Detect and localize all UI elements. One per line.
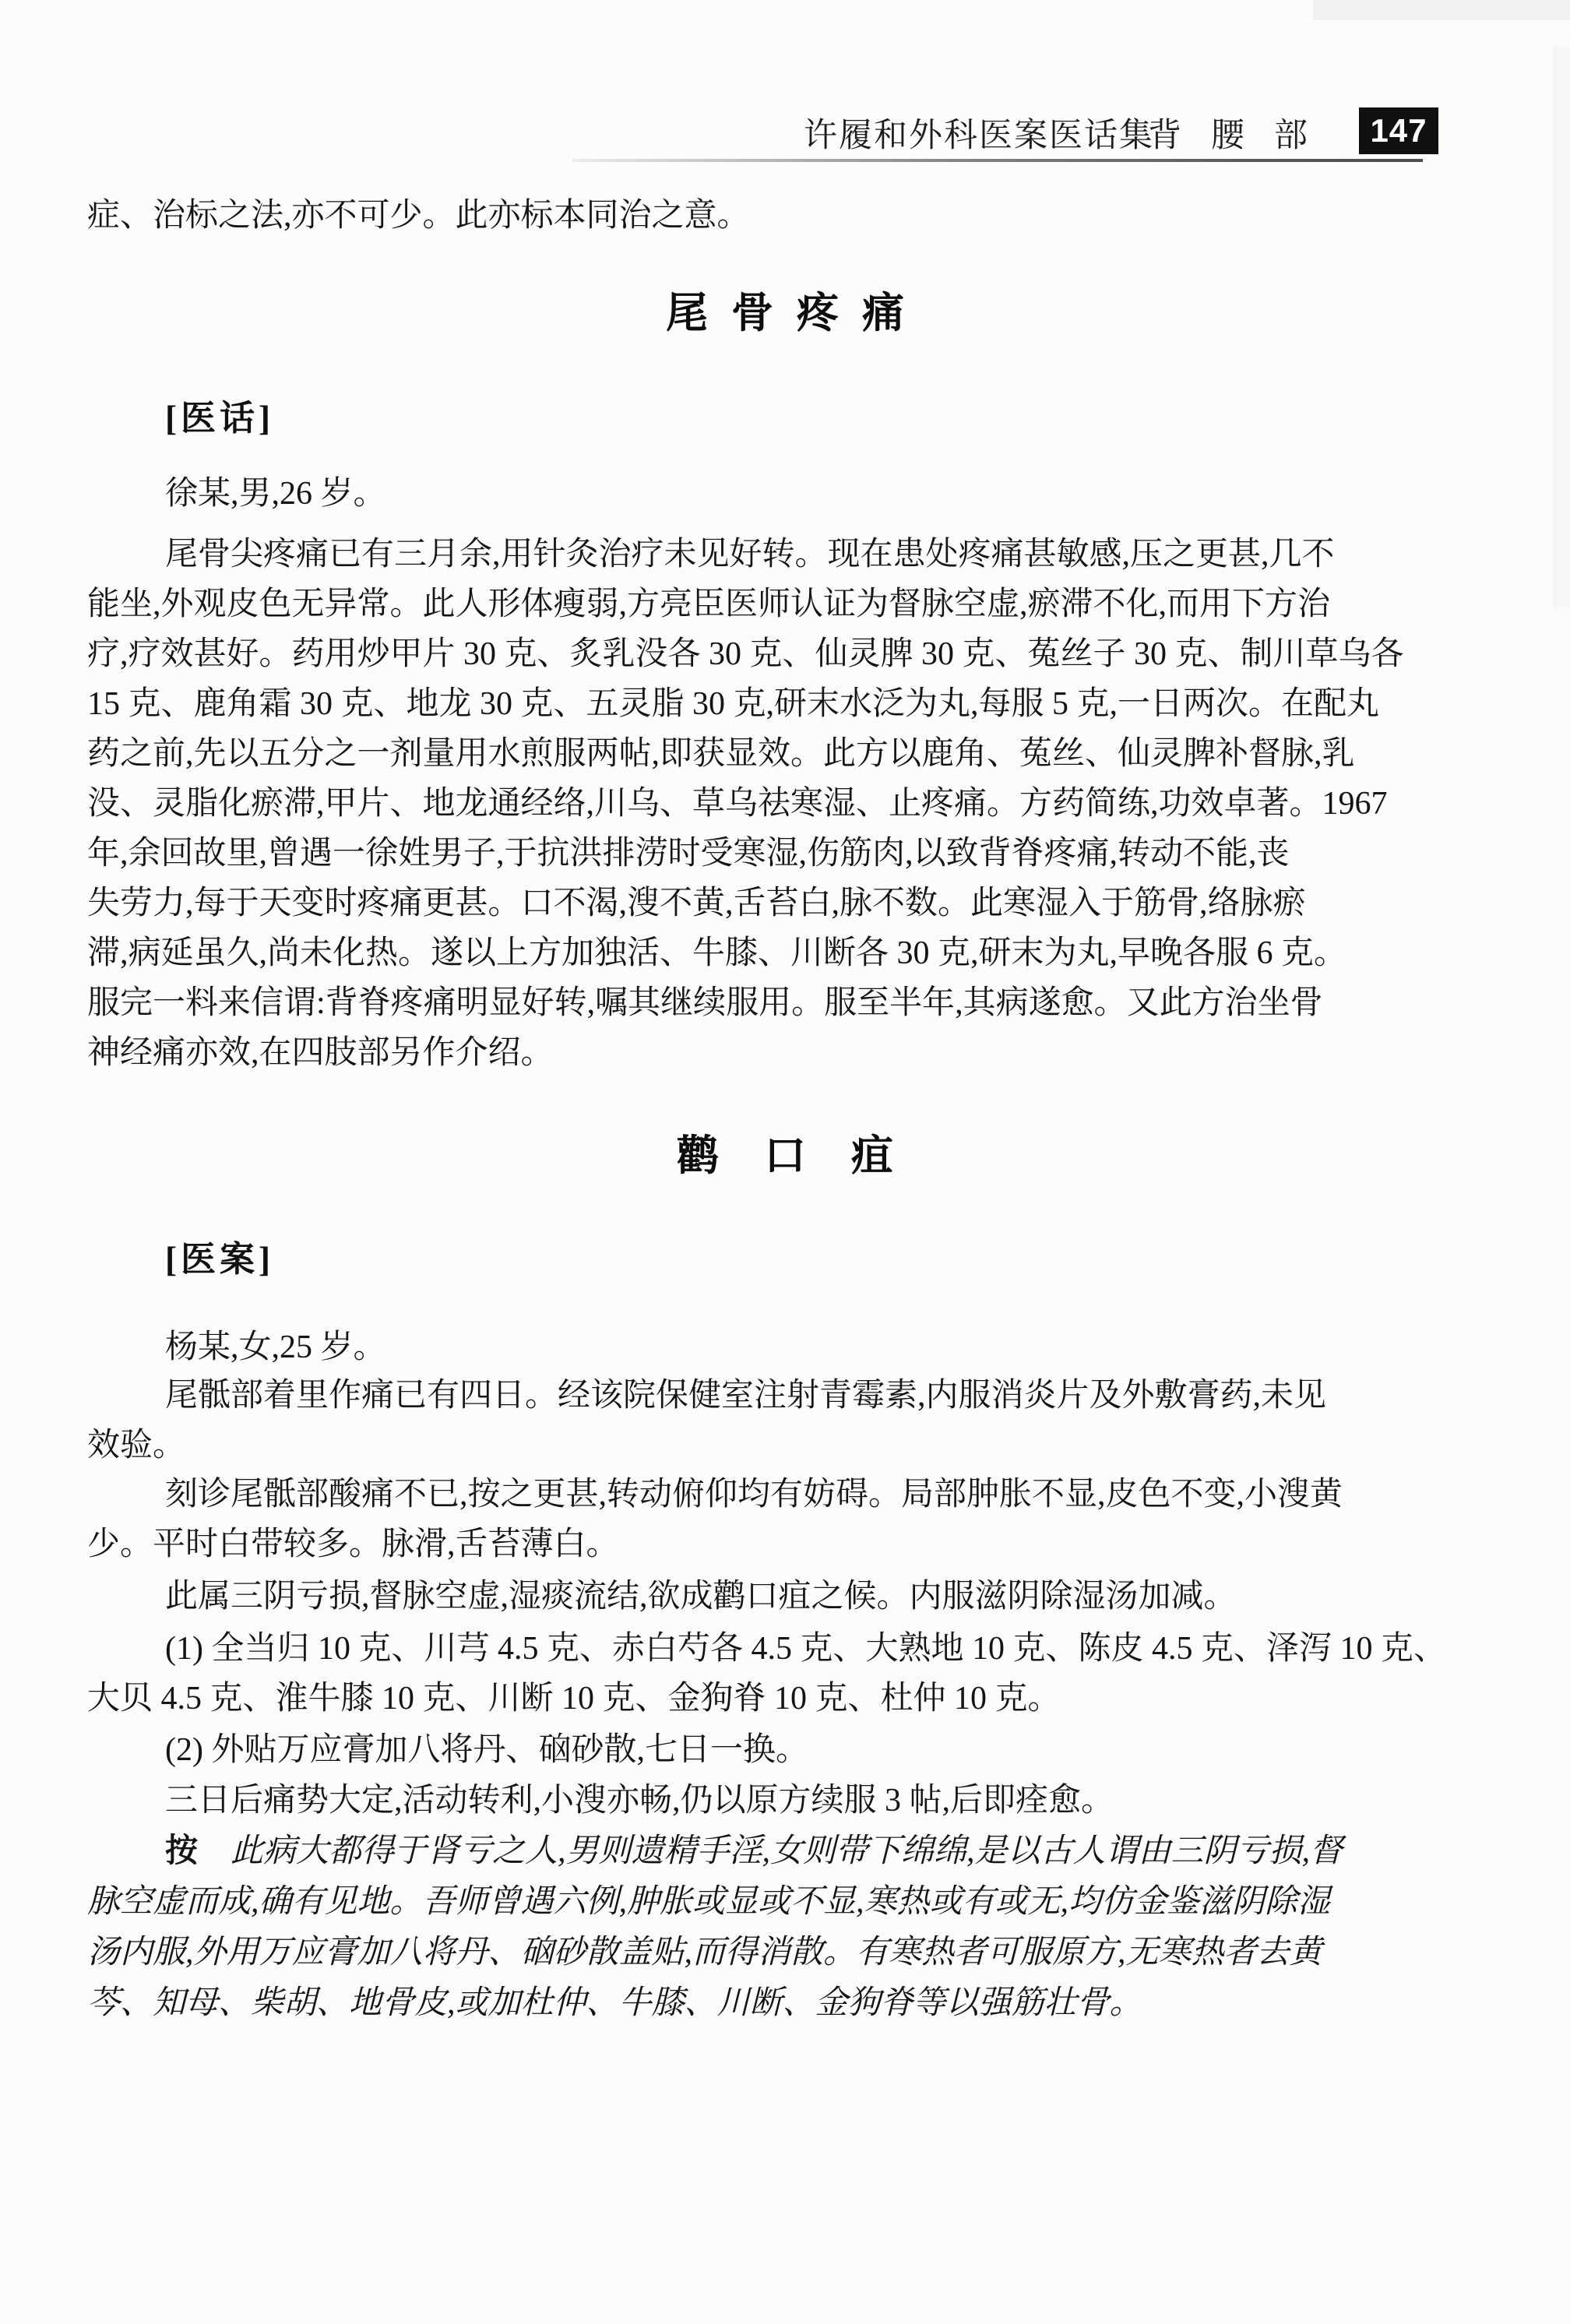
section-label-region: 部 — [1274, 117, 1308, 155]
case-type-label-yihua: [医话] — [87, 393, 274, 443]
section-label-waist: 腰 — [1211, 117, 1244, 155]
section-title-guankouju: 鹳口疽 — [0, 1131, 1570, 1181]
section-title-coccyx-pain: 尾骨疼痛 — [0, 288, 1570, 338]
diagnosis-paragraph: 此属三阴亏损,督脉空虚,湿痰流结,欲成鹳口疽之候。内服滋阴除湿汤加减。 — [87, 1572, 1237, 1622]
followup-line: 三日后痛势大定,活动转利,小溲亦畅,仍以原方续服 3 帖,后即痊愈。 — [87, 1776, 1114, 1826]
header-rule — [572, 159, 1423, 162]
commentary-paragraph: 按 此病大都得于肾亏之人,男则遗精手淫,女则带下绵绵,是以古人谓由三阴亏损,督 … — [87, 1826, 1343, 2029]
intro-line: 症、治标之法,亦不可少。此亦标本同治之意。 — [87, 191, 750, 241]
page-number-badge: 147 — [1359, 107, 1438, 154]
patient-info: 徐某,男,26 岁。 — [87, 469, 386, 519]
case-paragraph: 尾骶部着里作痛已有四日。经该院保健室注射青霉素,内服消炎片及外敷膏药,未见 效验… — [87, 1371, 1326, 1470]
case-type-label-yian: [医案] — [87, 1234, 274, 1284]
patient-info: 杨某,女,25 岁。 — [87, 1322, 386, 1372]
case-paragraph: 尾骨尖疼痛已有三月余,用针灸治疗未见好转。现在患处疼痛甚敏感,压之更甚,几不 能… — [87, 530, 1404, 1078]
scan-artifact — [1313, 0, 1570, 20]
case-paragraph: 刻诊尾骶部酸痛不已,按之更甚,转动俯仰均有妨碍。局部肿胀不显,皮色不变,小溲黄 … — [87, 1470, 1343, 1569]
prescription-line-2: (2) 外贴万应膏加八将丹、硇砂散,七日一换。 — [87, 1725, 808, 1775]
book-title: 许履和外科医案医话集 — [804, 117, 1154, 155]
section-label-back: 背 — [1148, 117, 1181, 155]
scanned-book-page: 许履和外科医案医话集 背 腰 部 147 症、治标之法,亦不可少。此亦标本同治之… — [0, 0, 1570, 2324]
prescription-line-1: (1) 全当归 10 克、川芎 4.5 克、赤白芍各 4.5 克、大熟地 10 … — [87, 1624, 1446, 1724]
section-crumb: 背 腰 部 — [1148, 117, 1308, 155]
